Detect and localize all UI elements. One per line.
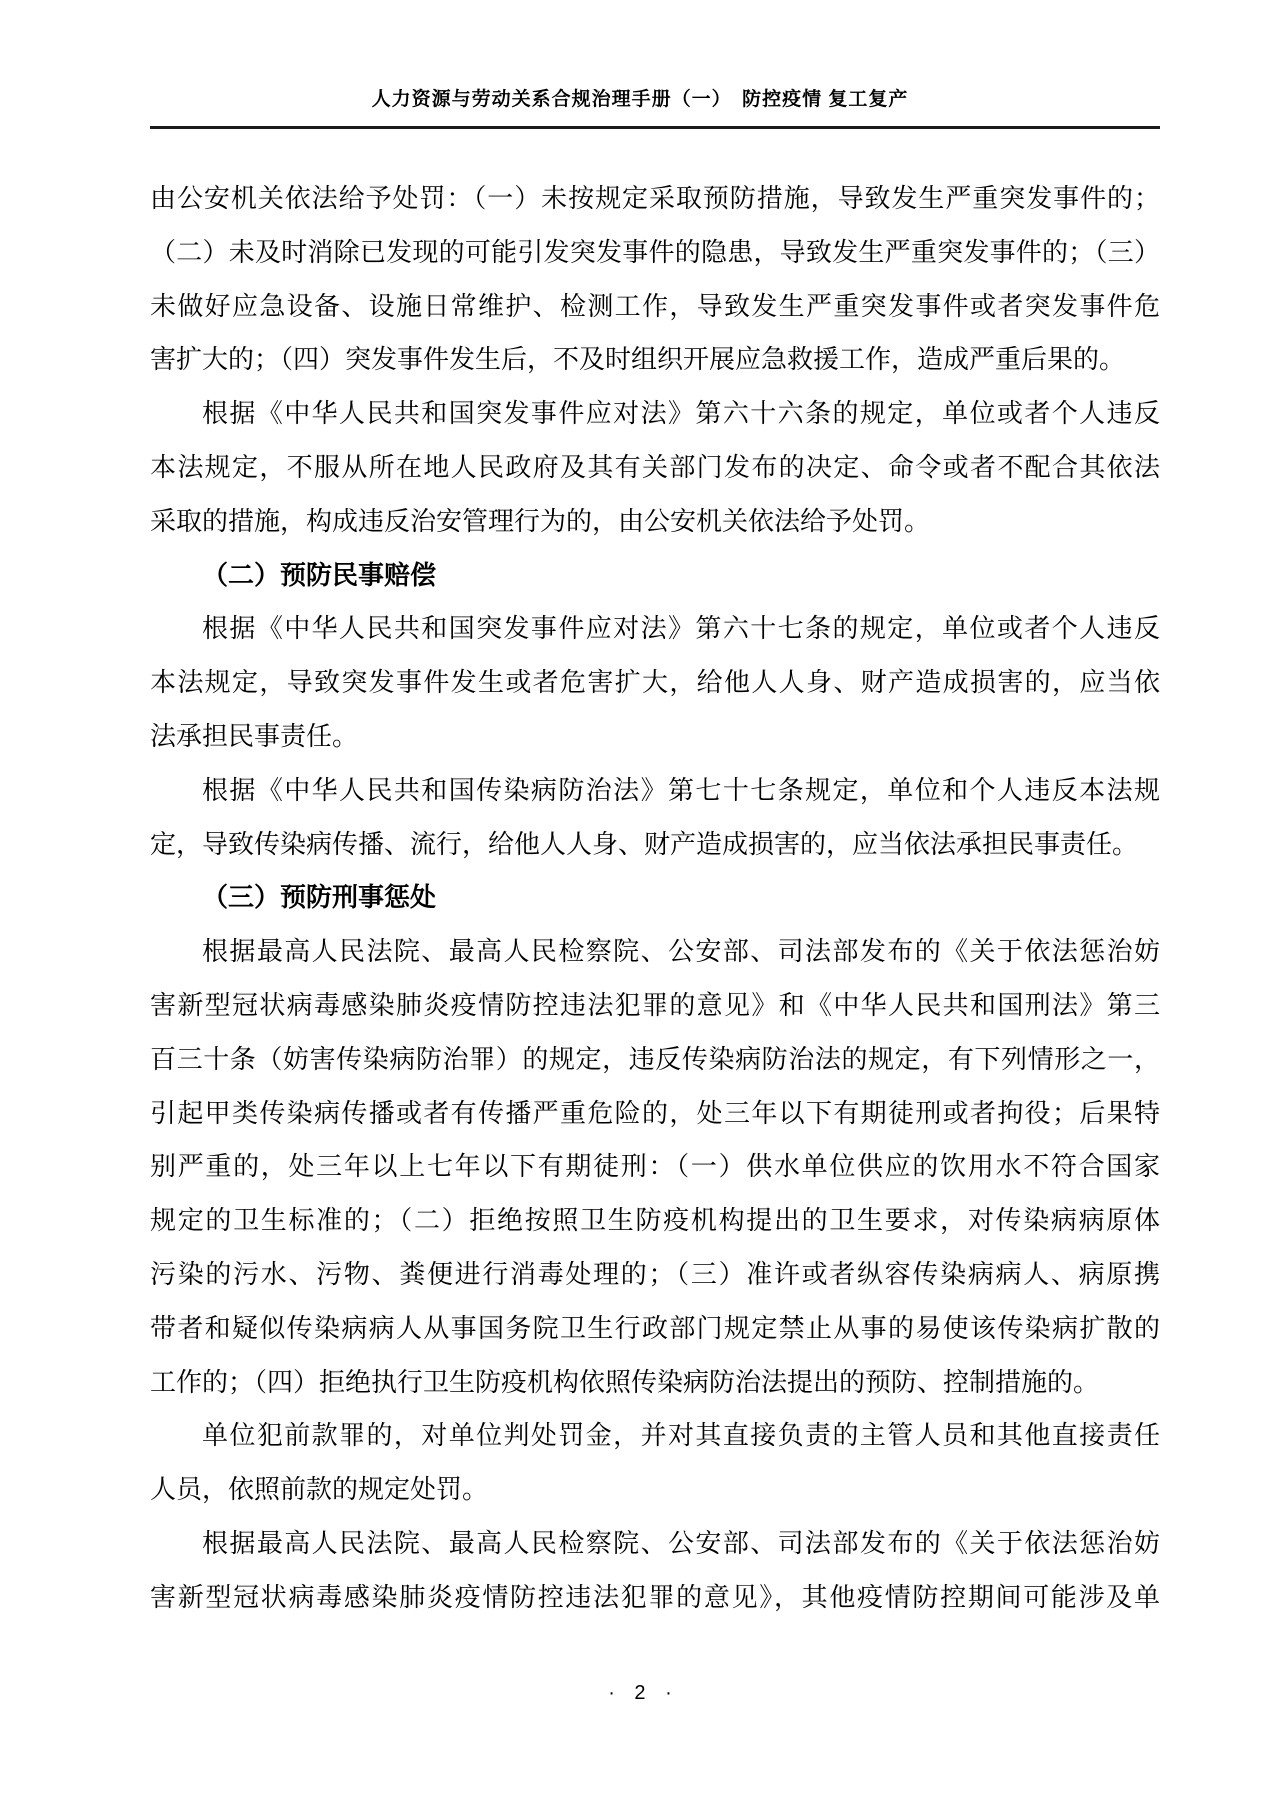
page-number: · 2 ·	[0, 1682, 1280, 1705]
page-header-title: 人力资源与劳动关系合规治理手册（一） 防控疫情 复工复产	[0, 84, 1280, 111]
document-page: 人力资源与劳动关系合规治理手册（一） 防控疫情 复工复产 由公安机关依法给予处罚…	[0, 0, 1280, 1810]
body-line: 采取的措施，构成违反治安管理行为的，由公安机关依法给予处罚。	[150, 495, 1160, 549]
body-line: 定，导致传染病传播、流行，给他人人身、财产造成损害的，应当依法承担民事责任。	[150, 818, 1160, 872]
body-line: 人员，依照前款的规定处罚。	[150, 1463, 1160, 1517]
body-line: 未做好应急设备、设施日常维护、检测工作，导致发生严重突发事件或者突发事件危	[150, 280, 1160, 334]
body-line: 本法规定，不服从所在地人民政府及其有关部门发布的决定、命令或者不配合其依法	[150, 441, 1160, 495]
header-rule	[150, 126, 1160, 129]
body-line: 带者和疑似传染病病人从事国务院卫生行政部门规定禁止从事的易使该传染病扩散的	[150, 1302, 1160, 1356]
section-heading: （二）预防民事赔偿	[150, 549, 1160, 603]
body-line: 别严重的，处三年以上七年以下有期徒刑：（一）供水单位供应的饮用水不符合国家	[150, 1140, 1160, 1194]
body-line: （二）未及时消除已发现的可能引发突发事件的隐患，导致发生严重突发事件的；（三）	[150, 226, 1160, 280]
body-line: 污染的污水、污物、粪便进行消毒处理的；（三）准许或者纵容传染病病人、病原携	[150, 1248, 1160, 1302]
body-line: 工作的；（四）拒绝执行卫生防疫机构依照传染病防治法提出的预防、控制措施的。	[150, 1356, 1160, 1410]
section-heading: （三）预防刑事惩处	[150, 871, 1160, 925]
body-line: 根据《中华人民共和国传染病防治法》第七十七条规定，单位和个人违反本法规	[150, 764, 1160, 818]
body-line: 害新型冠状病毒感染肺炎疫情防控违法犯罪的意见》，其他疫情防控期间可能涉及单	[150, 1571, 1160, 1625]
body-line: 单位犯前款罪的，对单位判处罚金，并对其直接负责的主管人员和其他直接责任	[150, 1409, 1160, 1463]
body-line: 百三十条（妨害传染病防治罪）的规定，违反传染病防治法的规定，有下列情形之一，	[150, 1033, 1160, 1087]
body-line: 害新型冠状病毒感染肺炎疫情防控违法犯罪的意见》和《中华人民共和国刑法》第三	[150, 979, 1160, 1033]
body-line: 法承担民事责任。	[150, 710, 1160, 764]
body-line: 引起甲类传染病传播或者有传播严重危险的，处三年以下有期徒刑或者拘役；后果特	[150, 1087, 1160, 1141]
document-body: 由公安机关依法给予处罚：（一）未按规定采取预防措施，导致发生严重突发事件的；（二…	[150, 172, 1160, 1625]
body-line: 本法规定，导致突发事件发生或者危害扩大，给他人人身、财产造成损害的，应当依	[150, 656, 1160, 710]
body-line: 规定的卫生标准的；（二）拒绝按照卫生防疫机构提出的卫生要求，对传染病病原体	[150, 1194, 1160, 1248]
body-line: 害扩大的；（四）突发事件发生后，不及时组织开展应急救援工作，造成严重后果的。	[150, 333, 1160, 387]
body-line: 由公安机关依法给予处罚：（一）未按规定采取预防措施，导致发生严重突发事件的；	[150, 172, 1160, 226]
body-line: 根据最高人民法院、最高人民检察院、公安部、司法部发布的《关于依法惩治妨	[150, 1517, 1160, 1571]
body-line: 根据《中华人民共和国突发事件应对法》第六十七条的规定，单位或者个人违反	[150, 602, 1160, 656]
body-line: 根据《中华人民共和国突发事件应对法》第六十六条的规定，单位或者个人违反	[150, 387, 1160, 441]
body-line: 根据最高人民法院、最高人民检察院、公安部、司法部发布的《关于依法惩治妨	[150, 925, 1160, 979]
